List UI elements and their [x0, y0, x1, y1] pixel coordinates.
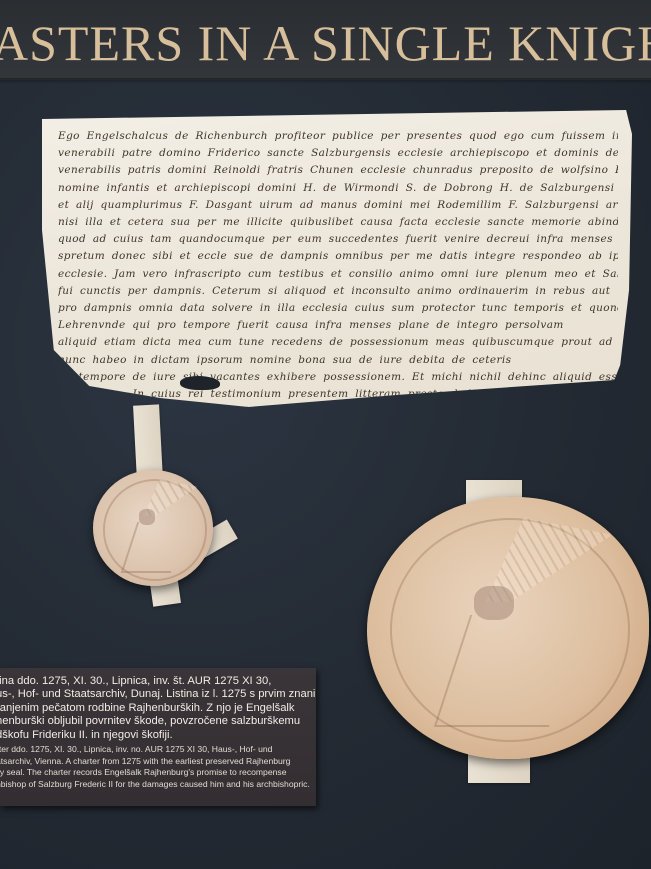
- charter-line: fui cunctis per dampnis. Ceterum si aliq…: [58, 283, 618, 300]
- parchment-hole: [180, 376, 220, 390]
- caption-line: ranjenim pečatom rodbine Rajhenburških. …: [0, 702, 316, 715]
- banner-title: ASTERS IN A SINGLE KNIGH: [0, 14, 651, 72]
- caption-line: ily seal. The charter records Engelšalk …: [0, 767, 316, 779]
- exhibit-caption-plaque: tina ddo. 1275, XI. 30., Lipnica, inv. š…: [0, 668, 316, 806]
- banner-shadow: [0, 78, 651, 84]
- charter-handwritten-text: Ego Engelschalcus de Richenburch profite…: [58, 128, 618, 420]
- caption-line: hbishop of Salzburg Frederic II for the …: [0, 779, 316, 791]
- charter-line: et perimus. In cuius rei testimonium pre…: [58, 386, 618, 403]
- large-wax-seal: [367, 497, 649, 759]
- charter-line: quod ad cuius tam quandocumque per eum s…: [58, 231, 618, 248]
- charter-line: spretum donec sibi et eccle sue de dampn…: [58, 248, 618, 265]
- charter-line: nunc habeo in dictam ipsorum nomine bona…: [58, 352, 618, 369]
- charter-line: nisi illa et cetera sua per me illicite …: [58, 214, 618, 231]
- medieval-charter-parchment: Ego Engelschalcus de Richenburch profite…: [42, 110, 632, 410]
- caption-slovenian: tina ddo. 1275, XI. 30., Lipnica, inv. š…: [0, 675, 316, 742]
- charter-line: pro dampnis omnia data solvere in illa e…: [58, 300, 618, 317]
- charter-line: venerabili patre domino Friderico sancte…: [58, 145, 618, 162]
- caption-line: tina ddo. 1275, XI. 30., Lipnica, inv. š…: [0, 675, 316, 688]
- caption-line: rter ddo. 1275, XI. 30., Lipnica, inv. n…: [0, 744, 316, 756]
- small-wax-seal: [93, 470, 213, 586]
- caption-line: atsarchiv, Vienna. A charter from 1275 w…: [0, 756, 316, 768]
- charter-line: aliquid etiam dicta mea cum tune receden…: [58, 334, 618, 351]
- caption-line: dškofu Frideriku II. in njegovi škofiji.: [0, 729, 316, 742]
- charter-line: nomine infantis et archiepiscopi domini …: [58, 180, 618, 197]
- charter-line: et alij quamplurimus F. Dasgant uirum ad…: [58, 197, 618, 214]
- caption-line: henburški obljubil povrnitev škode, povz…: [0, 715, 316, 728]
- exhibit-banner: ASTERS IN A SINGLE KNIGH: [0, 0, 651, 80]
- caption-line: us-, Hof- und Staatsarchiv, Dunaj. Listi…: [0, 688, 316, 701]
- charter-line: de tempore de iure sibi vacantes exhiber…: [58, 369, 618, 386]
- charter-line: ecclesie. Jam vero infrascripto cum test…: [58, 266, 618, 283]
- caption-english: rter ddo. 1275, XI. 30., Lipnica, inv. n…: [0, 744, 316, 790]
- charter-line: venerabilis patris domini Reinoldi fratr…: [58, 162, 618, 179]
- charter-line: Ego Engelschalcus de Richenburch profite…: [58, 128, 618, 145]
- charter-line: Lehrenvnde qui pro tempore fuerit causa …: [58, 317, 618, 334]
